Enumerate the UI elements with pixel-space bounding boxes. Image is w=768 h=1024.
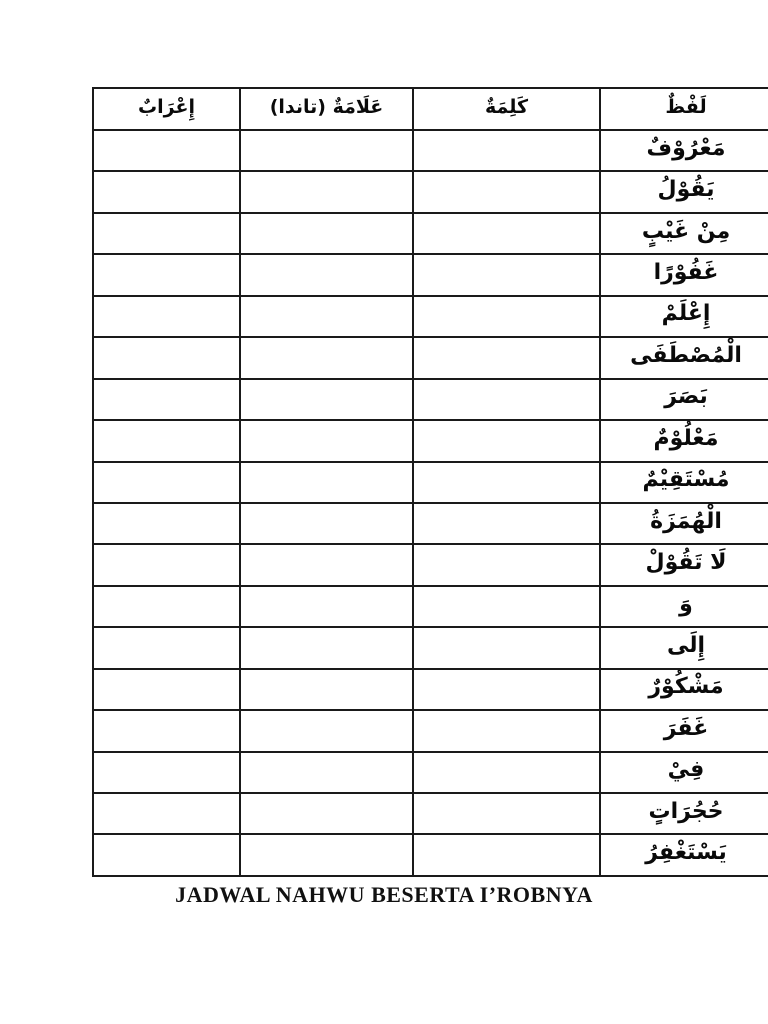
kalimah-cell-empty [414, 628, 601, 667]
table-row: مُسْتَقِيْمٌ [94, 463, 768, 504]
alamah-cell-empty [241, 380, 414, 419]
lafazh-cell: يَقُوْلُ [601, 172, 768, 211]
table-row: يَسْتَغْفِرُ [94, 835, 768, 874]
lafazh-cell: الْمُصْطَفَى [601, 338, 768, 377]
kalimah-cell-empty [414, 421, 601, 460]
irob-cell-empty [94, 338, 241, 377]
kalimah-cell-empty [414, 835, 601, 874]
table-row: الْمُصْطَفَى [94, 338, 768, 379]
kalimah-cell-empty [414, 172, 601, 211]
kalimah-cell-empty [414, 380, 601, 419]
kalimah-cell-empty [414, 255, 601, 294]
alamah-cell-empty [241, 504, 414, 543]
alamah-cell-empty [241, 670, 414, 709]
table-header-row: إِعْرَابٌ عَلَامَةٌ (تاندا) كَلِمَةٌ لَف… [94, 89, 768, 131]
lafazh-cell: مُسْتَقِيْمٌ [601, 463, 768, 502]
irob-cell-empty [94, 421, 241, 460]
lafazh-cell: غَفَرَ [601, 711, 768, 750]
irob-cell-empty [94, 255, 241, 294]
irob-cell-empty [94, 463, 241, 502]
kalimah-cell-empty [414, 504, 601, 543]
alamah-cell-empty [241, 794, 414, 833]
table-row: مَعْرُوْفٌ [94, 131, 768, 172]
kalimah-cell-empty [414, 338, 601, 377]
kalimah-cell-empty [414, 297, 601, 336]
lafazh-cell: إِعْلَمْ [601, 297, 768, 336]
kalimah-cell-empty [414, 670, 601, 709]
lafazh-cell: مَشْكُوْرٌ [601, 670, 768, 709]
irob-cell-empty [94, 670, 241, 709]
kalimah-cell-empty [414, 711, 601, 750]
table-row: إِعْلَمْ [94, 297, 768, 338]
irob-cell-empty [94, 131, 241, 170]
kalimah-cell-empty [414, 794, 601, 833]
lafazh-cell: الْهُمَزَةُ [601, 504, 768, 543]
alamah-cell-empty [241, 172, 414, 211]
lafazh-cell: مَعْرُوْفٌ [601, 131, 768, 170]
alamah-cell-empty [241, 131, 414, 170]
alamah-cell-empty [241, 753, 414, 792]
lafazh-cell: غَفُوْرًا [601, 255, 768, 294]
table-row: إِلَى [94, 628, 768, 669]
irob-cell-empty [94, 753, 241, 792]
kalimah-cell-empty [414, 753, 601, 792]
alamah-cell-empty [241, 587, 414, 626]
table-row: فِيْ [94, 753, 768, 794]
nahwu-table: إِعْرَابٌ عَلَامَةٌ (تاندا) كَلِمَةٌ لَف… [92, 87, 768, 877]
table-row: وَ [94, 587, 768, 628]
kalimah-cell-empty [414, 214, 601, 253]
kalimah-cell-empty [414, 545, 601, 584]
lafazh-cell: يَسْتَغْفِرُ [601, 835, 768, 874]
alamah-cell-empty [241, 711, 414, 750]
table-row: مَعْلُوْمٌ [94, 421, 768, 462]
alamah-cell-empty [241, 338, 414, 377]
alamah-cell-empty [241, 628, 414, 667]
alamah-cell-empty [241, 255, 414, 294]
kalimah-cell-empty [414, 587, 601, 626]
alamah-cell-empty [241, 463, 414, 502]
alamah-cell-empty [241, 835, 414, 874]
document-page: إِعْرَابٌ عَلَامَةٌ (تاندا) كَلِمَةٌ لَف… [0, 0, 768, 1024]
table-row: غَفَرَ [94, 711, 768, 752]
lafazh-cell: إِلَى [601, 628, 768, 667]
table-row: يَقُوْلُ [94, 172, 768, 213]
table-row: مِنْ غَيْبٍ [94, 214, 768, 255]
irob-cell-empty [94, 172, 241, 211]
alamah-cell-empty [241, 421, 414, 460]
irob-cell-empty [94, 545, 241, 584]
kalimah-cell-empty [414, 463, 601, 502]
alamah-cell-empty [241, 214, 414, 253]
lafazh-cell: مَعْلُوْمٌ [601, 421, 768, 460]
header-lafazh: لَفْظٌ [601, 89, 768, 129]
irob-cell-empty [94, 628, 241, 667]
table-row: حُجُرَاتٍ [94, 794, 768, 835]
lafazh-cell: فِيْ [601, 753, 768, 792]
irob-cell-empty [94, 297, 241, 336]
irob-cell-empty [94, 835, 241, 874]
irob-cell-empty [94, 504, 241, 543]
document-caption: JADWAL NAHWU BESERTA I’ROBNYA [0, 882, 768, 908]
lafazh-cell: بَصَرَ [601, 380, 768, 419]
table-row: مَشْكُوْرٌ [94, 670, 768, 711]
table-row: غَفُوْرًا [94, 255, 768, 296]
table-row: بَصَرَ [94, 380, 768, 421]
kalimah-cell-empty [414, 131, 601, 170]
irob-cell-empty [94, 380, 241, 419]
header-kalimah: كَلِمَةٌ [414, 89, 601, 129]
lafazh-cell: وَ [601, 587, 768, 626]
table-row: الْهُمَزَةُ [94, 504, 768, 545]
lafazh-cell: حُجُرَاتٍ [601, 794, 768, 833]
alamah-cell-empty [241, 297, 414, 336]
header-irob: إِعْرَابٌ [94, 89, 241, 129]
irob-cell-empty [94, 711, 241, 750]
lafazh-cell: مِنْ غَيْبٍ [601, 214, 768, 253]
irob-cell-empty [94, 587, 241, 626]
header-alamah: عَلَامَةٌ (تاندا) [241, 89, 414, 129]
lafazh-cell: لَا تَقُوْلْ [601, 545, 768, 584]
alamah-cell-empty [241, 545, 414, 584]
irob-cell-empty [94, 794, 241, 833]
table-row: لَا تَقُوْلْ [94, 545, 768, 586]
irob-cell-empty [94, 214, 241, 253]
